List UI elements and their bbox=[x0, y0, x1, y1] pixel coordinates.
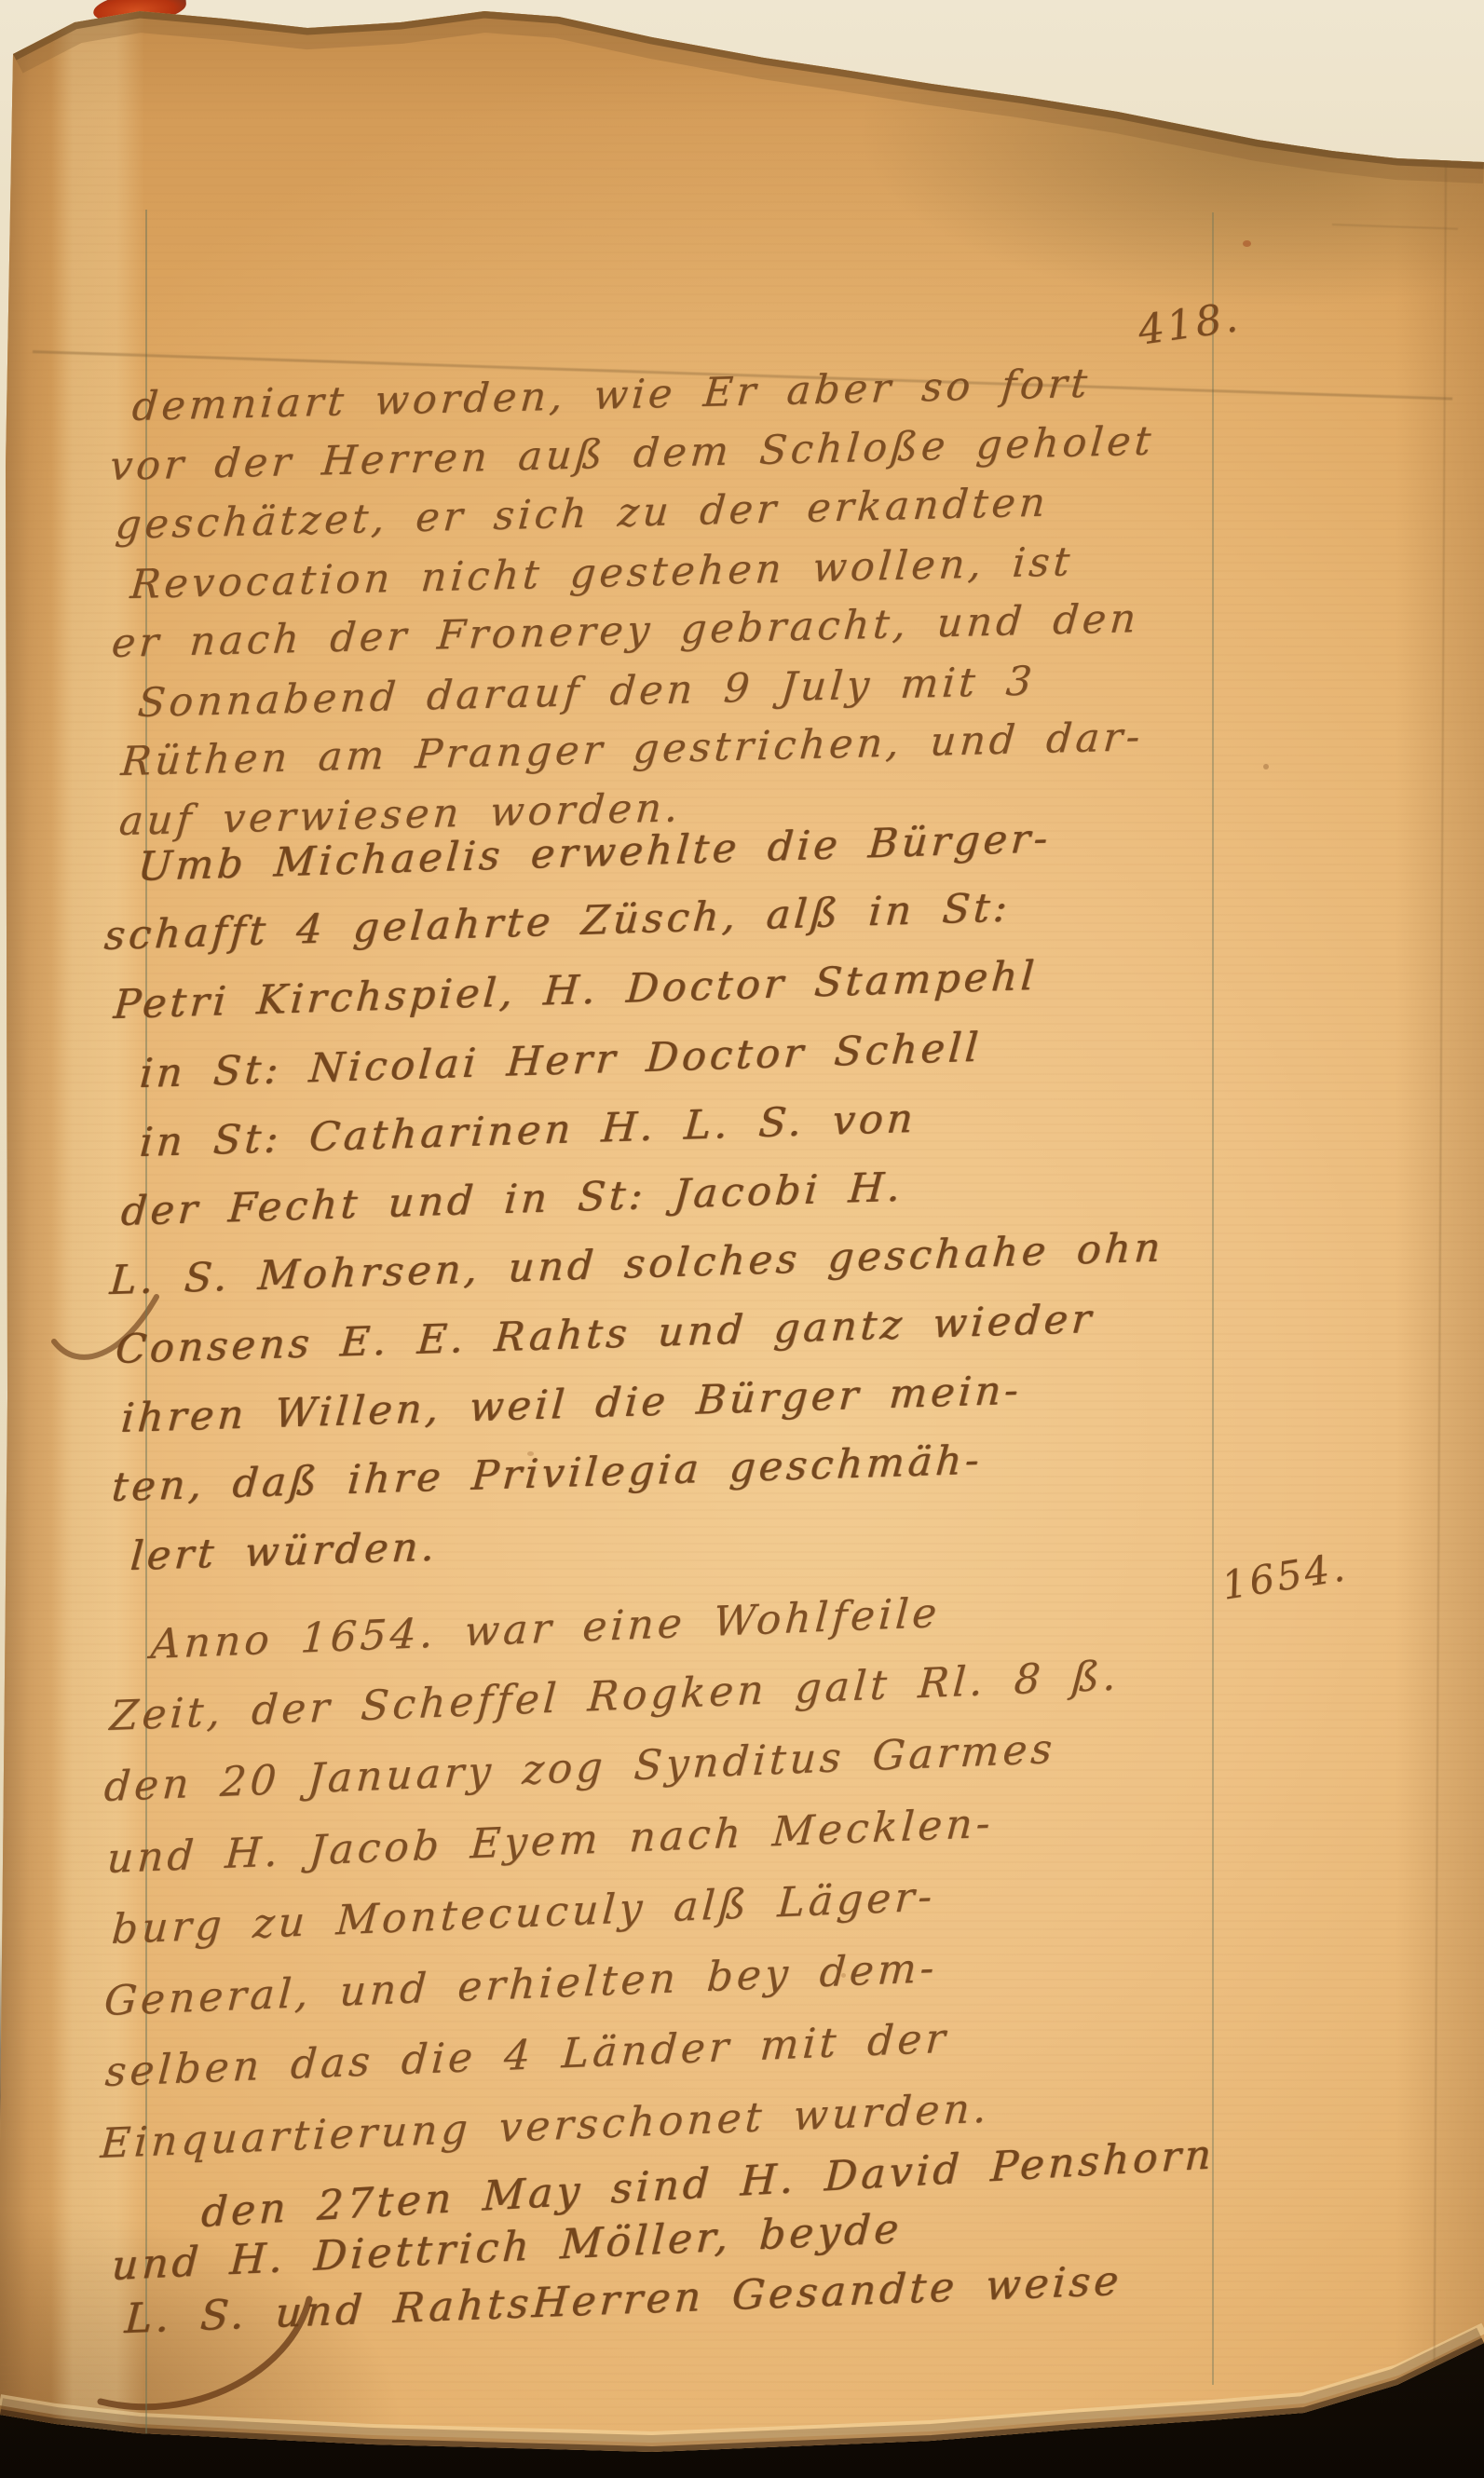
handwriting-line: lert würden. bbox=[129, 1524, 440, 1581]
foxing-speck bbox=[1243, 240, 1251, 247]
foxing-speck bbox=[1263, 764, 1269, 769]
top-edge-soft-stain bbox=[13, 11, 1484, 162]
right-margin-rule bbox=[1212, 212, 1214, 2385]
manuscript-scan: 418. 1654. demniart worden, wie Er aber … bbox=[0, 0, 1484, 2478]
manuscript-page: 418. 1654. demniart worden, wie Er aber … bbox=[0, 0, 1484, 2478]
